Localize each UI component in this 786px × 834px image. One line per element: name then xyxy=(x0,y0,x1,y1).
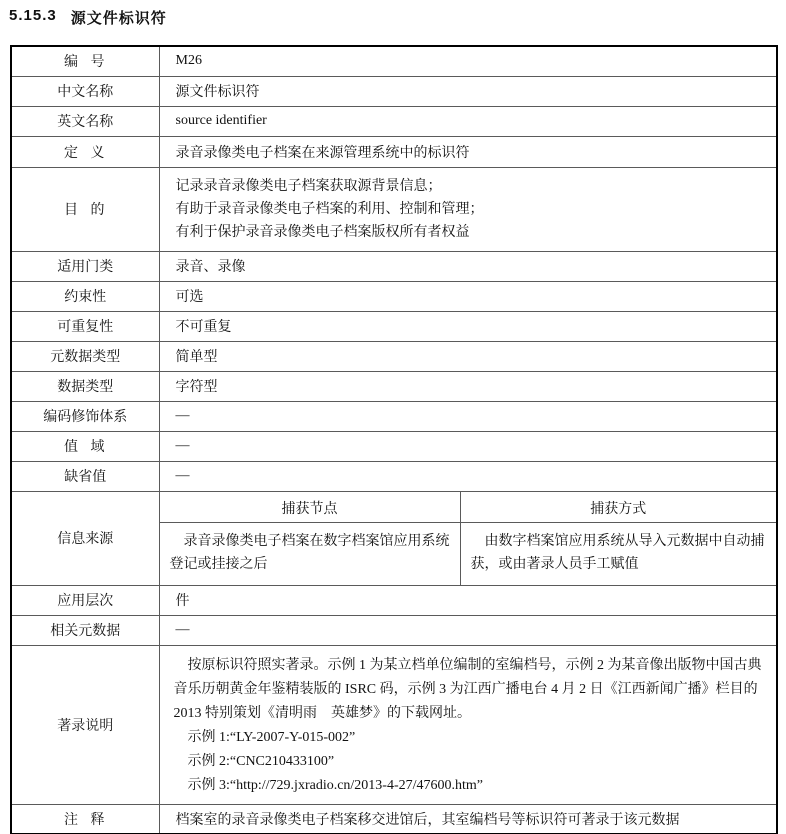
value-cell: 不可重复 xyxy=(159,311,777,341)
row-application-level: 应用层次 件 xyxy=(11,585,777,615)
purpose-line: 有助于录音录像类电子档案的利用、控制和管理； xyxy=(176,198,769,221)
example-line: 示例 3:“http://729.jxradio.cn/2013-4-27/47… xyxy=(174,774,767,798)
label-cell: 相关元数据 xyxy=(11,615,159,645)
capture-node-cell: 录音录像类电子档案在数字档案馆应用系统登记或挂接之后 xyxy=(160,523,460,585)
section-number: 5.15.3 xyxy=(9,7,57,28)
capture-method-text: 由数字档案馆应用系统从导入元数据中自动捕获，或由著录人员手工赋值 xyxy=(471,530,767,576)
purpose-line: 有利于保护录音录像类电子档案版权所有者权益 xyxy=(176,221,769,244)
value-cell: — xyxy=(159,431,777,461)
label-cell: 中文名称 xyxy=(11,76,159,106)
section-heading: 5.15.3 源文件标识符 xyxy=(0,0,786,28)
section-title: 源文件标识符 xyxy=(71,7,167,28)
label-cell: 可重复性 xyxy=(11,311,159,341)
row-encoding-scheme: 编码修饰体系 — xyxy=(11,401,777,431)
value-cell: 录音、录像 xyxy=(159,251,777,281)
example-line: 示例 1:“LY-2007-Y-015-002” xyxy=(174,726,767,750)
row-value-domain: 值域 — xyxy=(11,431,777,461)
row-repeatability: 可重复性 不可重复 xyxy=(11,311,777,341)
capture-method-header: 捕获方式 xyxy=(460,492,777,523)
value-cell: 记录录音录像类电子档案获取源背景信息； 有助于录音录像类电子档案的利用、控制和管… xyxy=(159,167,777,251)
label-cell: 数据类型 xyxy=(11,371,159,401)
row-purpose: 目的 记录录音录像类电子档案获取源背景信息； 有助于录音录像类电子档案的利用、控… xyxy=(11,167,777,251)
label-cell: 注释 xyxy=(11,804,159,834)
purpose-line: 记录录音录像类电子档案获取源背景信息； xyxy=(176,175,769,198)
row-information-source: 信息来源 捕获节点 捕获方式 录音录像类电子档案在数字档案馆应用系统登记或挂接之… xyxy=(11,491,777,585)
value-cell: 字符型 xyxy=(159,371,777,401)
row-definition: 定义 录音录像类电子档案在来源管理系统中的标识符 xyxy=(11,136,777,167)
label-cell: 信息来源 xyxy=(11,491,159,585)
information-source-subtable: 捕获节点 捕获方式 录音录像类电子档案在数字档案馆应用系统登记或挂接之后 由数字… xyxy=(160,492,777,585)
value-cell: 件 xyxy=(159,585,777,615)
label-cell: 目的 xyxy=(11,167,159,251)
row-default-value: 缺省值 — xyxy=(11,461,777,491)
row-number: 编号 M26 xyxy=(11,46,777,76)
value-cell: M26 xyxy=(159,46,777,76)
row-chinese-name: 中文名称 源文件标识符 xyxy=(11,76,777,106)
value-cell: 源文件标识符 xyxy=(159,76,777,106)
document-page: { "section": { "number": "5.15.3", "titl… xyxy=(0,0,786,834)
label-cell: 应用层次 xyxy=(11,585,159,615)
capture-node-text: 录音录像类电子档案在数字档案馆应用系统登记或挂接之后 xyxy=(170,530,450,576)
value-cell: 捕获节点 捕获方式 录音录像类电子档案在数字档案馆应用系统登记或挂接之后 由数字… xyxy=(159,491,777,585)
metadata-definition-table: 编号 M26 中文名称 源文件标识符 英文名称 source identifie… xyxy=(10,45,778,834)
row-description-notes: 著录说明 按原标识符照实著录。示例 1 为某立档单位编制的室编档号，示例 2 为… xyxy=(11,645,777,804)
capture-method-cell: 由数字档案馆应用系统从导入元数据中自动捕获，或由著录人员手工赋值 xyxy=(460,523,777,585)
label-cell: 适用门类 xyxy=(11,251,159,281)
value-cell: — xyxy=(159,461,777,491)
example-line: 示例 2:“CNC210433100” xyxy=(174,750,767,774)
value-cell: 按原标识符照实著录。示例 1 为某立档单位编制的室编档号，示例 2 为某音像出版… xyxy=(159,645,777,804)
label-cell: 约束性 xyxy=(11,281,159,311)
value-cell: — xyxy=(159,615,777,645)
value-cell: 可选 xyxy=(159,281,777,311)
label-cell: 值域 xyxy=(11,431,159,461)
value-cell: — xyxy=(159,401,777,431)
value-cell: source identifier xyxy=(159,106,777,136)
value-cell: 录音录像类电子档案在来源管理系统中的标识符 xyxy=(159,136,777,167)
row-metadata-type: 元数据类型 简单型 xyxy=(11,341,777,371)
row-related-metadata: 相关元数据 — xyxy=(11,615,777,645)
label-cell: 编号 xyxy=(11,46,159,76)
label-cell: 元数据类型 xyxy=(11,341,159,371)
value-cell: 简单型 xyxy=(159,341,777,371)
label-cell: 编码修饰体系 xyxy=(11,401,159,431)
label-cell: 缺省值 xyxy=(11,461,159,491)
description-paragraph: 按原标识符照实著录。示例 1 为某立档单位编制的室编档号，示例 2 为某音像出版… xyxy=(174,654,767,726)
row-data-type: 数据类型 字符型 xyxy=(11,371,777,401)
value-cell: 档案室的录音录像类电子档案移交进馆后，其室编档号等标识符可著录于该元数据 xyxy=(159,804,777,834)
row-remark: 注释 档案室的录音录像类电子档案移交进馆后，其室编档号等标识符可著录于该元数据 xyxy=(11,804,777,834)
capture-node-header: 捕获节点 xyxy=(160,492,460,523)
label-cell: 著录说明 xyxy=(11,645,159,804)
row-english-name: 英文名称 source identifier xyxy=(11,106,777,136)
row-constraint: 约束性 可选 xyxy=(11,281,777,311)
label-cell: 英文名称 xyxy=(11,106,159,136)
label-cell: 定义 xyxy=(11,136,159,167)
row-applicable-category: 适用门类 录音、录像 xyxy=(11,251,777,281)
